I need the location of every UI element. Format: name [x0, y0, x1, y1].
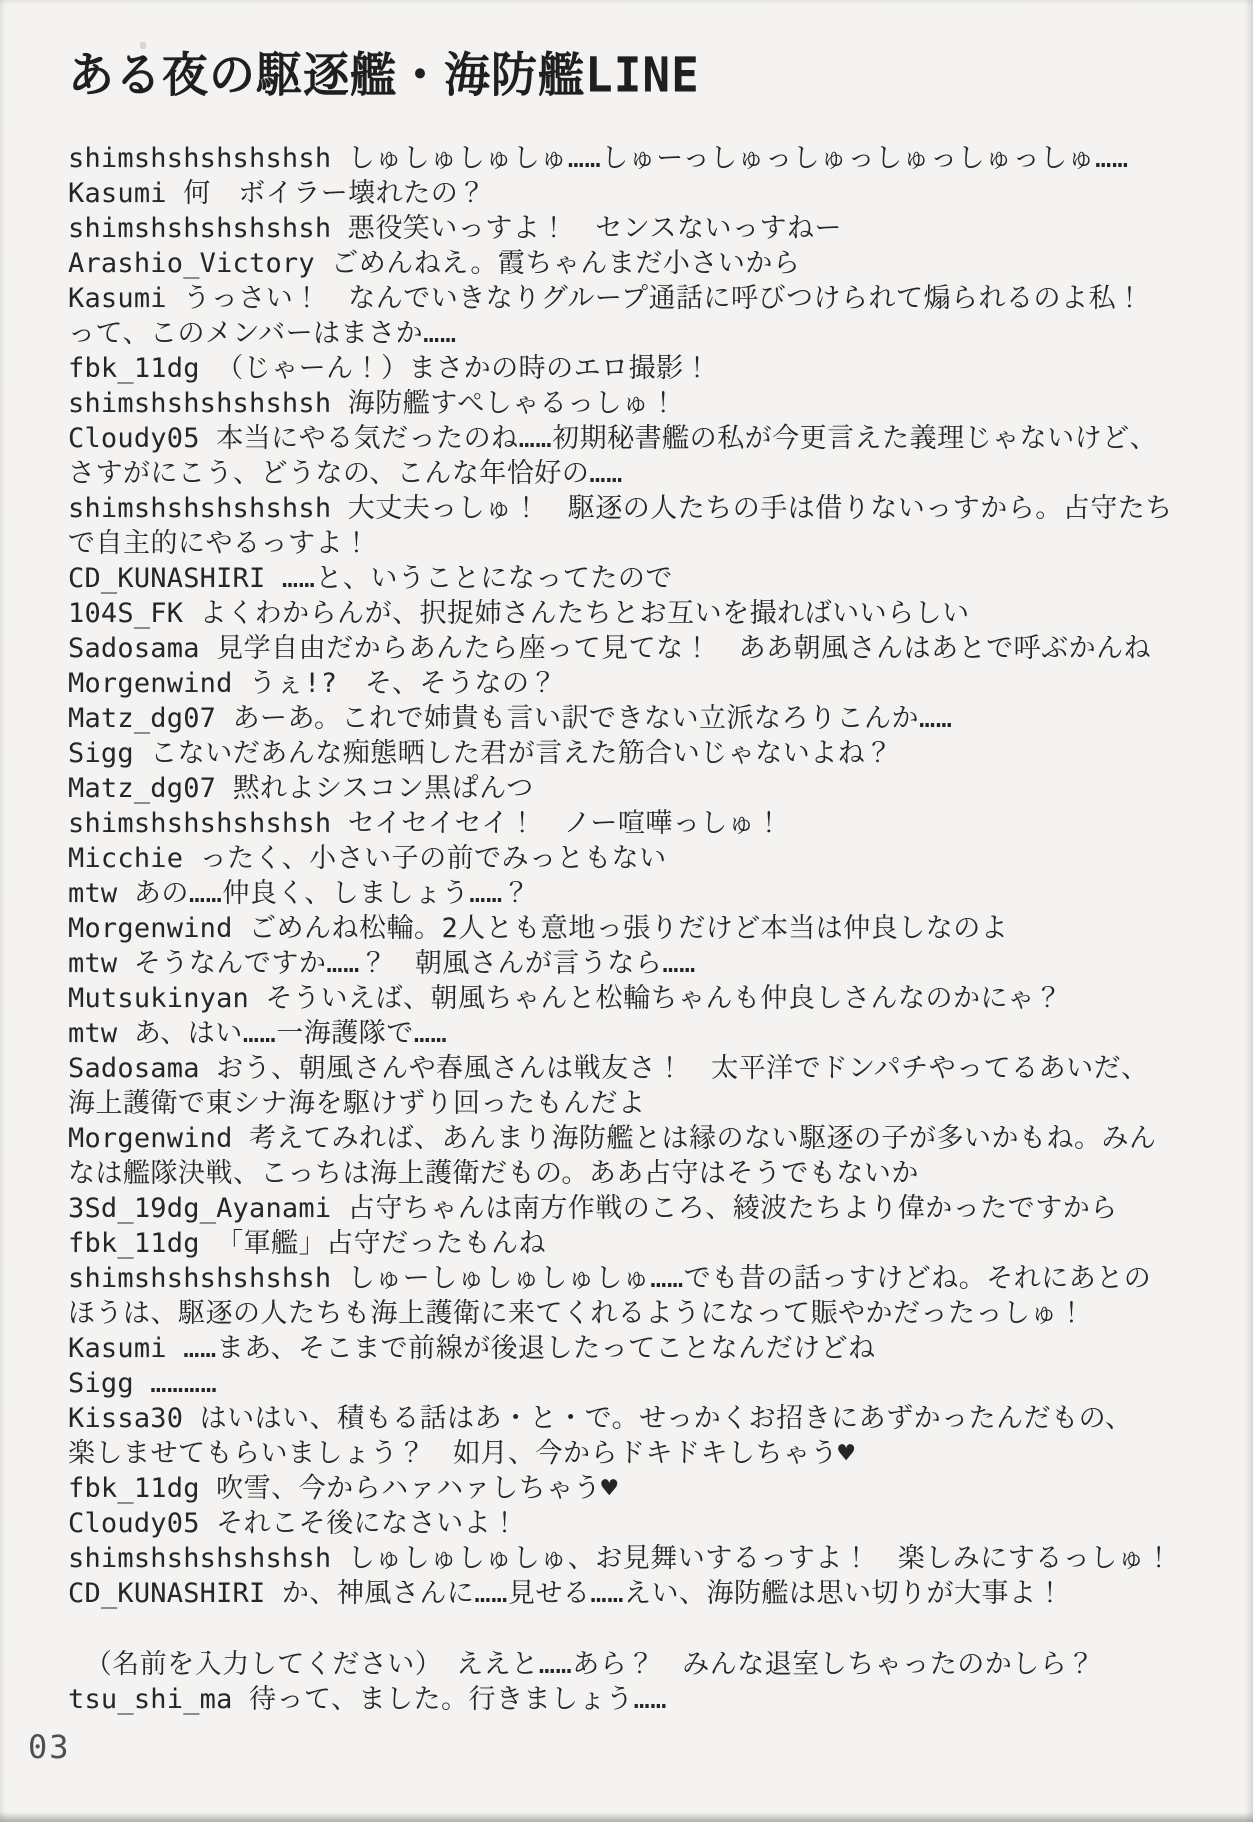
chat-username: Cloudy05 — [68, 1508, 216, 1539]
chat-message-text: ごめんね松輪。2人とも意地っ張りだけど本当は仲良しなのよ — [249, 913, 1008, 944]
chat-message: Morgenwind ごめんね松輪。2人とも意地っ張りだけど本当は仲良しなのよ — [68, 911, 1193, 946]
chat-message-text: ………… — [150, 1368, 217, 1399]
chat-message-text: うぇ!? そ、そうなの？ — [249, 668, 557, 699]
chat-message: fbk_11dg （じゃーん！）まさかの時のエロ撮影！ — [68, 351, 1193, 386]
chat-username: Matz_dg07 — [68, 773, 233, 804]
chat-message: shimshshshshshsh 大丈夫っしゅ！ 駆逐の人たちの手は借りないっす… — [68, 491, 1193, 561]
chat-message-text: あ、はい……一海護隊で…… — [134, 1018, 447, 1049]
chat-username: Sigg — [68, 1368, 150, 1399]
chat-message: Kissa30 はいはい、積もる話はあ・と・で。せっかくお招きにあずかったんだも… — [68, 1401, 1193, 1471]
chat-message: Sigg こないだあんな痴態晒した君が言えた筋合いじゃないよね？ — [68, 736, 1193, 771]
chat-username: shimshshshshshsh — [68, 493, 348, 524]
chat-message: Kasumi ……まあ、そこまで前線が後退したってことなんだけどね — [68, 1331, 1193, 1366]
chat-username: Kasumi — [68, 283, 183, 314]
chat-message-text: よくわからんが、択捉姉さんたちとお互いを撮ればいいらしい — [200, 598, 970, 629]
chat-username: Morgenwind — [68, 668, 249, 699]
chat-message-text: ごめんねえ。霞ちゃんまだ小さいから — [331, 248, 800, 279]
chat-message: mtw あ、はい……一海護隊で…… — [68, 1016, 1193, 1051]
chat-message: CD_KUNASHIRI か、神風さんに……見せる……えい、海防艦は思い切りが大… — [68, 1576, 1193, 1611]
page-number: 03 — [28, 1728, 71, 1766]
chat-username: fbk_11dg — [68, 1228, 216, 1259]
chat-message-text: それこそ後になさいよ！ — [216, 1508, 519, 1539]
chat-message: tsu_shi_ma 待って、ました。行きましょう…… — [68, 1682, 1193, 1717]
chat-message-text: おう、朝風さんや春風さんは戦友さ！ 太平洋でドンパチやってるあいだ、 海上護衛で… — [68, 1053, 1149, 1119]
chat-username: Matz_dg07 — [68, 703, 233, 734]
chat-message-text: 吹雪、今からハァハァしちゃう♥ — [216, 1473, 618, 1504]
chat-username: shimshshshshshsh — [68, 213, 348, 244]
chat-username: Arashio_Victory — [68, 248, 331, 279]
chat-message-text: あの……仲良く、しましょう……？ — [134, 878, 530, 909]
chat-message: shimshshshshshsh しゅしゅしゅしゅ、お見舞いするっすよ！ 楽しみ… — [68, 1541, 1193, 1576]
chat-username: fbk_11dg — [68, 1473, 216, 1504]
chat-username: Sadosama — [68, 633, 216, 664]
chat-username: Kissa30 — [68, 1403, 200, 1434]
chat-message-text: 本当にやる気だったのね……初期秘書艦の私が今更言えた義理じゃないけど、 さすがに… — [68, 423, 1157, 489]
chat-username: Sadosama — [68, 1053, 216, 1084]
chat-username: fbk_11dg — [68, 353, 216, 384]
chat-log: shimshshshshshsh しゅしゅしゅしゅ……しゅーっしゅっしゅっしゅっ… — [68, 141, 1193, 1717]
chat-username: shimshshshshshsh — [68, 388, 348, 419]
chat-message: shimshshshshshsh しゅしゅしゅしゅ……しゅーっしゅっしゅっしゅっ… — [68, 141, 1193, 176]
chat-username: Mutsukinyan — [68, 983, 265, 1014]
chat-username: Cloudy05 — [68, 423, 216, 454]
chat-username: Kasumi — [68, 1333, 183, 1364]
chat-message: Micchie ったく、小さい子の前でみっともない — [68, 841, 1193, 876]
chat-message: Morgenwind 考えてみれば、あんまり海防艦とは縁のない駆逐の子が多いかも… — [68, 1121, 1193, 1191]
chat-message-text: か、神風さんに……見せる……えい、海防艦は思い切りが大事よ！ — [282, 1578, 1064, 1609]
chat-message: Matz_dg07 あーあ。これで姉貴も言い訳できない立派なろりこんか…… — [68, 701, 1193, 736]
chat-message-text: （じゃーん！）まさかの時のエロ撮影！ — [216, 353, 711, 384]
chat-message: 3Sd_19dg_Ayanami 占守ちゃんは南方作戦のころ、綾波たちより偉かっ… — [68, 1191, 1193, 1226]
chat-message-text: ったく、小さい子の前でみっともない — [200, 843, 667, 874]
chat-message: fbk_11dg 吹雪、今からハァハァしちゃう♥ — [68, 1471, 1193, 1506]
scanned-document-page: ある夜の駆逐艦・海防艦LINE shimshshshshshsh しゅしゅしゅし… — [0, 0, 1253, 1822]
chat-username: 104S_FK — [68, 598, 200, 629]
chat-username: Sigg — [68, 738, 150, 769]
chat-message-text: こないだあんな痴態晒した君が言えた筋合いじゃないよね？ — [150, 738, 893, 769]
chat-username: mtw — [68, 878, 134, 909]
chat-message-text: 占守ちゃんは南方作戦のころ、綾波たちより偉かったですから — [348, 1193, 1118, 1224]
chat-message: Arashio_Victory ごめんねえ。霞ちゃんまだ小さいから — [68, 246, 1193, 281]
chat-username: Morgenwind — [68, 913, 249, 944]
chat-username: mtw — [68, 948, 134, 979]
chat-username: shimshshshshshsh — [68, 1263, 348, 1294]
chat-username: Kasumi — [68, 178, 183, 209]
chat-message: Matz_dg07 黙れよシスコン黒ぱんつ — [68, 771, 1193, 806]
chat-message-text: あーあ。これで姉貴も言い訳できない立派なろりこんか…… — [233, 703, 953, 734]
chat-message-text: そういえば、朝風ちゃんと松輪ちゃんも仲良しさんなのかにゃ？ — [265, 983, 1062, 1014]
chat-message: shimshshshshshsh 海防艦すぺしゃるっしゅ！ — [68, 386, 1193, 421]
chat-message: CD_KUNASHIRI ……と、いうことになってたので — [68, 561, 1193, 596]
chat-message: Sadosama 見学自由だからあんたら座って見てな！ ああ朝風さんはあとで呼ぶ… — [68, 631, 1193, 666]
chat-message: Cloudy05 本当にやる気だったのね……初期秘書艦の私が今更言えた義理じゃな… — [68, 421, 1193, 491]
chat-message: shimshshshshshsh しゅーしゅしゅしゅしゅ……でも昔の話っすけどね… — [68, 1261, 1193, 1331]
chat-message: Cloudy05 それこそ後になさいよ！ — [68, 1506, 1193, 1541]
chat-username: shimshshshshshsh — [68, 808, 348, 839]
chat-message-text: 「軍艦」占守だったもんね — [216, 1228, 546, 1259]
chat-message-text: しゅしゅしゅしゅ……しゅーっしゅっしゅっしゅっしゅっしゅ…… — [348, 143, 1129, 174]
chat-message-text: セイセイセイ！ ノー喧嘩っしゅ！ — [348, 808, 783, 839]
chat-username: 3Sd_19dg_Ayanami — [68, 1193, 348, 1224]
page-title: ある夜の駆逐艦・海防艦LINE — [68, 48, 1193, 103]
chat-username: shimshshshshshsh — [68, 143, 348, 174]
chat-message-text: 待って、ました。行きましょう…… — [249, 1684, 667, 1715]
chat-message-text: 海防艦すぺしゃるっしゅ！ — [348, 388, 677, 419]
chat-username: tsu_shi_ma — [68, 1684, 249, 1715]
page-content: ある夜の駆逐艦・海防艦LINE shimshshshshshsh しゅしゅしゅし… — [68, 48, 1193, 1717]
chat-message: （名前を入力してください） ええと……あら？ みんな退室しちゃったのかしら？ — [68, 1647, 1193, 1682]
chat-username: shimshshshshshsh — [68, 1543, 348, 1574]
chat-message: Morgenwind うぇ!? そ、そうなの？ — [68, 666, 1193, 701]
chat-message-text: （名前を入力してください） ええと……あら？ みんな退室しちゃったのかしら？ — [68, 1649, 1095, 1680]
chat-message-text: そうなんですか……？ 朝風さんが言うなら…… — [134, 948, 696, 979]
chat-message: Kasumi 何 ボイラー壊れたの？ — [68, 176, 1193, 211]
chat-username: mtw — [68, 1018, 134, 1049]
chat-message: Sigg ………… — [68, 1366, 1193, 1401]
chat-message: shimshshshshshsh 悪役笑いっすよ！ センスないっすねー — [68, 211, 1193, 246]
chat-message: mtw あの……仲良く、しましょう……？ — [68, 876, 1193, 911]
chat-message: shimshshshshshsh セイセイセイ！ ノー喧嘩っしゅ！ — [68, 806, 1193, 841]
chat-message-text: うっさい！ なんでいきなりグループ通話に呼びつけられて煽られるのよ私！ って、こ… — [68, 283, 1144, 349]
chat-message-text: 見学自由だからあんたら座って見てな！ ああ朝風さんはあとで呼ぶかんね — [216, 633, 1151, 664]
chat-message: Mutsukinyan そういえば、朝風ちゃんと松輪ちゃんも仲良しさんなのかにゃ… — [68, 981, 1193, 1016]
chat-username: Micchie — [68, 843, 200, 874]
chat-message-text: 悪役笑いっすよ！ センスないっすねー — [348, 213, 842, 244]
chat-message-text: 何 ボイラー壊れたの？ — [183, 178, 486, 209]
chat-message: fbk_11dg 「軍艦」占守だったもんね — [68, 1226, 1193, 1261]
chat-username: Morgenwind — [68, 1123, 249, 1154]
chat-message-text: 黙れよシスコン黒ぱんつ — [233, 773, 534, 804]
chat-message-text: しゅしゅしゅしゅ、お見舞いするっすよ！ 楽しみにするっしゅ！ — [348, 1543, 1173, 1574]
chat-message-text: はいはい、積もる話はあ・と・で。せっかくお招きにあずかったんだもの、 楽しませて… — [68, 1403, 1133, 1469]
chat-message-text: ……まあ、そこまで前線が後退したってことなんだけどね — [183, 1333, 875, 1364]
chat-message: Kasumi うっさい！ なんでいきなりグループ通話に呼びつけられて煽られるのよ… — [68, 281, 1193, 351]
chat-message-text: ……と、いうことになってたので — [282, 563, 673, 594]
chat-message: 104S_FK よくわからんが、択捉姉さんたちとお互いを撮ればいいらしい — [68, 596, 1193, 631]
chat-message: mtw そうなんですか……？ 朝風さんが言うなら…… — [68, 946, 1193, 981]
chat-username: CD_KUNASHIRI — [68, 1578, 282, 1609]
chat-username: CD_KUNASHIRI — [68, 563, 282, 594]
chat-message: Sadosama おう、朝風さんや春風さんは戦友さ！ 太平洋でドンパチやってるあ… — [68, 1051, 1193, 1121]
